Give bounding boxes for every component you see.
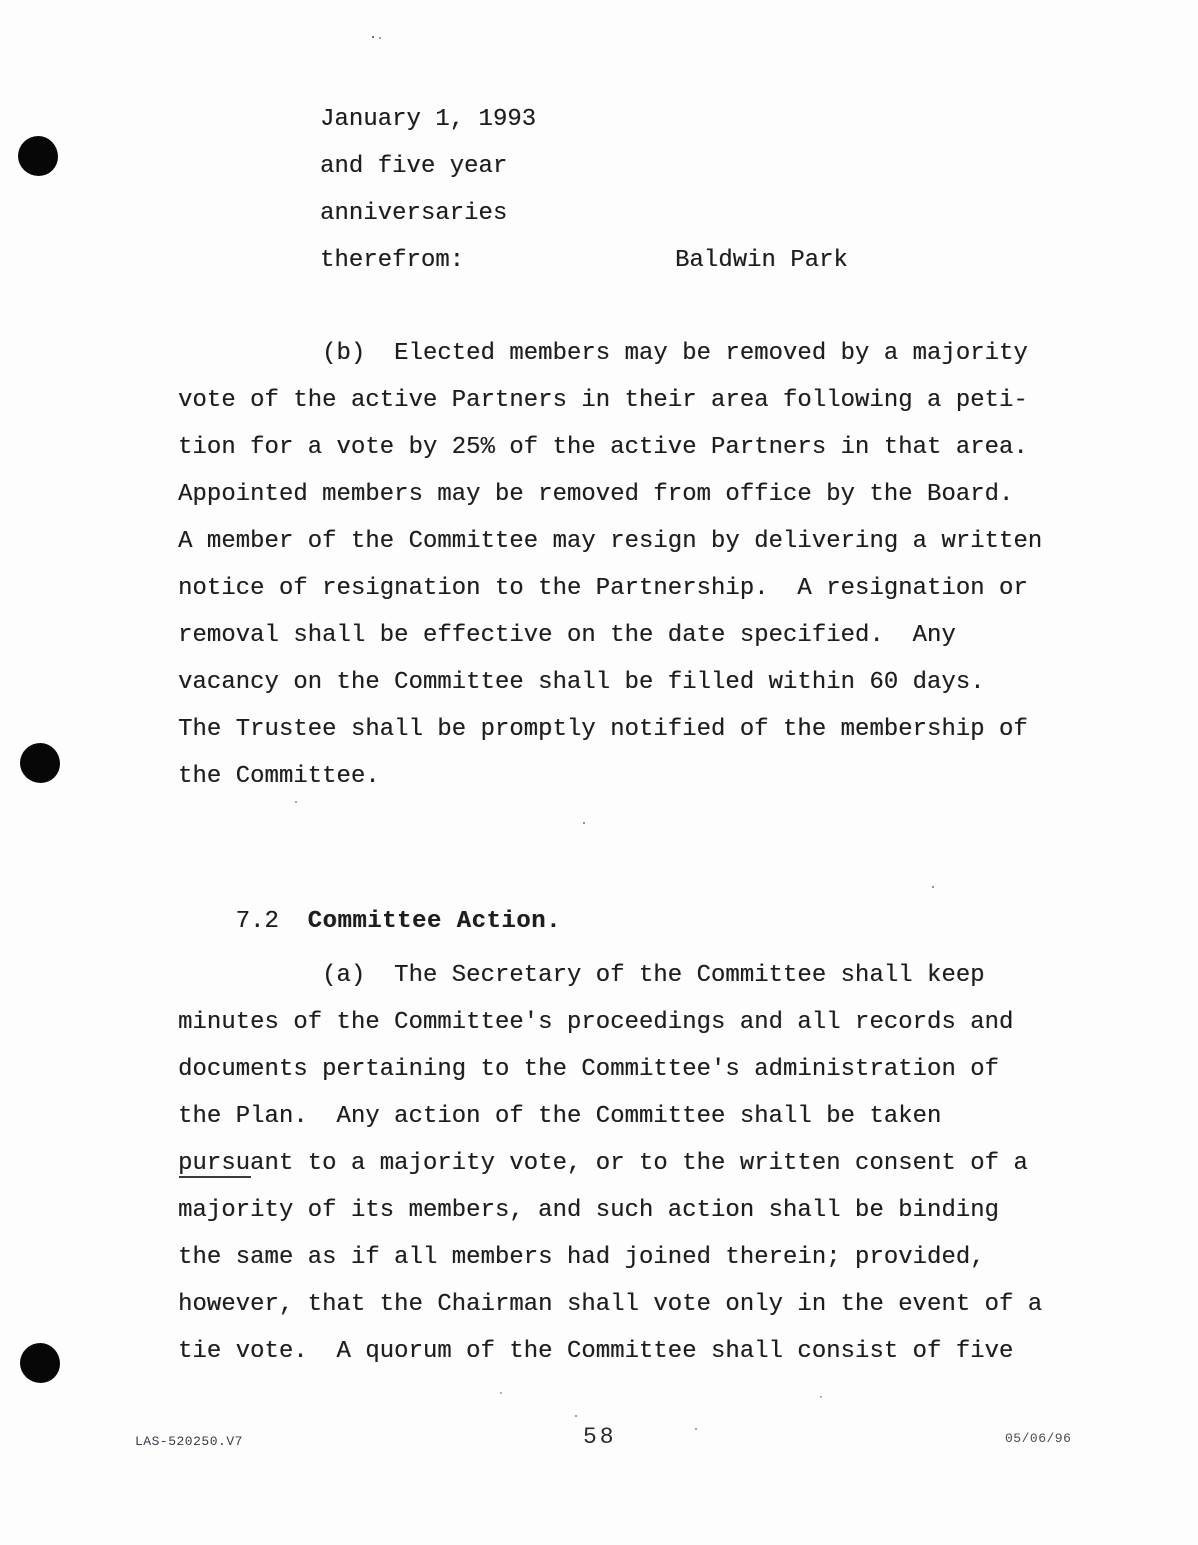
hole-punch-top [18, 136, 58, 176]
text-line: vote of the active Partners in their are… [178, 377, 1058, 424]
footer-document-id: LAS-520250.V7 [135, 1433, 243, 1451]
text-line: (a) The Secretary of the Committee shall… [178, 952, 1058, 999]
text-line: Appointed members may be removed from of… [178, 471, 1058, 518]
hole-punch-middle [20, 743, 60, 783]
text-line: the Committee. [178, 753, 1058, 800]
text-line: notice of resignation to the Partnership… [178, 565, 1058, 612]
schedule-location-value: Baldwin Park [675, 237, 848, 284]
text-line: vacancy on the Committee shall be filled… [178, 659, 1058, 706]
text-line: the Plan. Any action of the Committee sh… [178, 1093, 1058, 1140]
paragraph-a: (a) The Secretary of the Committee shall… [178, 952, 1058, 1375]
section-separator [279, 908, 308, 935]
text-line: removal shall be effective on the date s… [178, 612, 1058, 659]
text-line: A member of the Committee may resign by … [178, 518, 1058, 565]
paragraph-b: (b) Elected members may be removed by a … [178, 330, 1058, 800]
schedule-line: therefrom: [320, 237, 536, 284]
text-line: tie vote. A quorum of the Committee shal… [178, 1328, 1058, 1375]
footer-page-number: 58 [583, 1422, 617, 1452]
document-page: January 1, 1993and five yearanniversarie… [0, 0, 1198, 1545]
section-title: Committee Action. [308, 908, 561, 935]
section-number: 7.2 [236, 908, 279, 935]
text-line: minutes of the Committee's proceedings a… [178, 999, 1058, 1046]
text-line: documents pertaining to the Committee's … [178, 1046, 1058, 1093]
text-line: tion for a vote by 25% of the active Par… [178, 424, 1058, 471]
footer-date: 05/06/96 [1005, 1430, 1071, 1448]
schedule-date-block: January 1, 1993and five yearanniversarie… [320, 96, 536, 284]
hole-punch-bottom [20, 1343, 60, 1383]
text-line: the same as if all members had joined th… [178, 1234, 1058, 1281]
schedule-line: anniversaries [320, 190, 536, 237]
text-line: majority of its members, and such action… [178, 1187, 1058, 1234]
text-line: pursuant to a majority vote, or to the w… [178, 1140, 1058, 1187]
scan-specks [372, 36, 374, 38]
schedule-line: and five year [320, 143, 536, 190]
text-line: The Trustee shall be promptly notified o… [178, 706, 1058, 753]
text-line: however, that the Chairman shall vote on… [178, 1281, 1058, 1328]
schedule-line: January 1, 1993 [320, 96, 536, 143]
text-line: (b) Elected members may be removed by a … [178, 330, 1058, 377]
